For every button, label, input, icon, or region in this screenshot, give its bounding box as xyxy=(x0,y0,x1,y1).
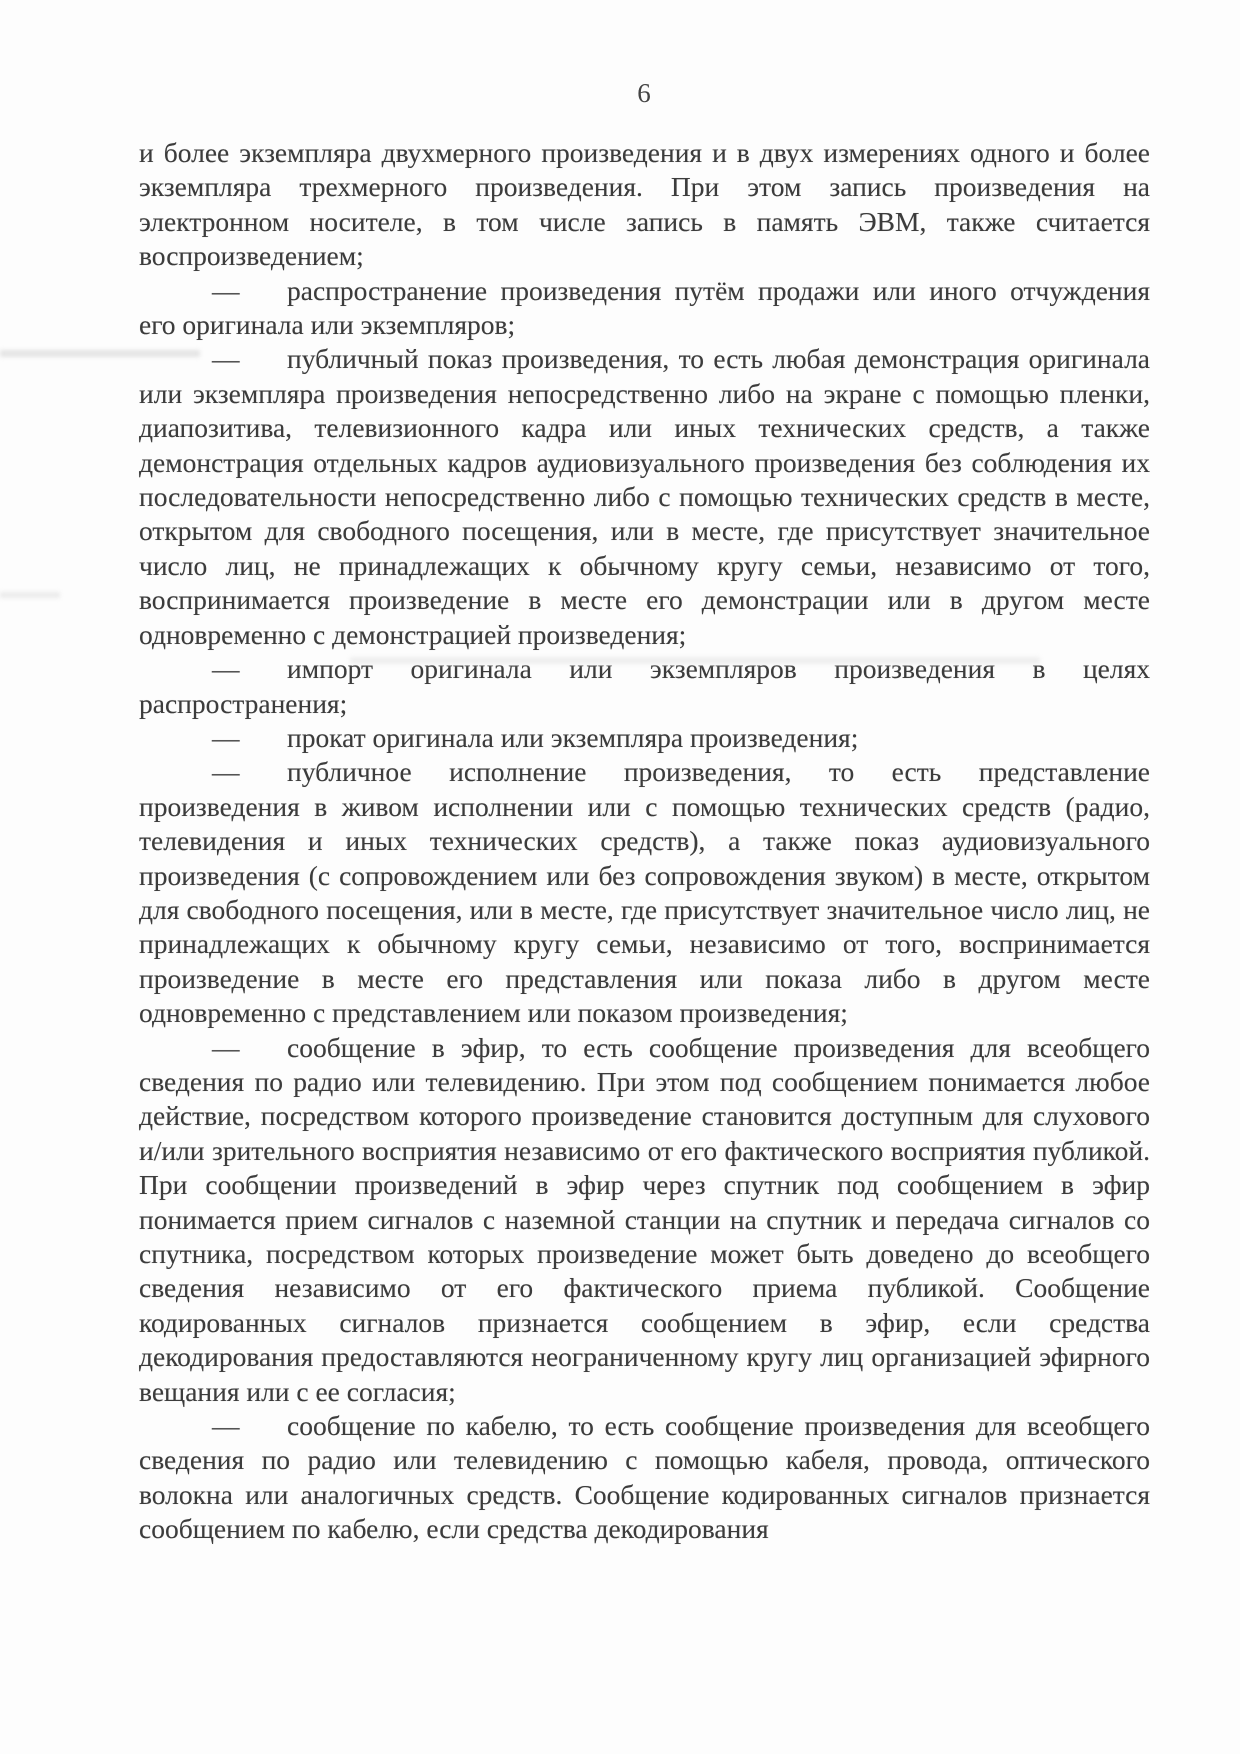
document-page: 6 и более экземпляра двухмерного произве… xyxy=(0,0,1240,1754)
list-item-cable-transmission: —сообщение по кабелю, то есть сообщение … xyxy=(139,1409,1150,1547)
list-dash: — xyxy=(212,342,287,376)
scan-artifact xyxy=(0,350,200,357)
list-dash: — xyxy=(212,652,287,686)
document-body: и более экземпляра двухмерного произведе… xyxy=(139,136,1150,1547)
list-dash: — xyxy=(212,755,287,789)
paragraph-text: публичное исполнение произведения, то ес… xyxy=(139,756,1150,1028)
list-item-public-performance: —публичное исполнение произведения, то е… xyxy=(139,755,1150,1030)
list-dash: — xyxy=(212,1409,287,1443)
list-dash: — xyxy=(212,274,287,308)
page-number: 6 xyxy=(139,78,1150,109)
paragraph-reproduction-continuation: и более экземпляра двухмерного произведе… xyxy=(139,136,1150,274)
paragraph-text: распространение произведения путём прода… xyxy=(139,275,1150,340)
paragraph-text: публичный показ произведения, то есть лю… xyxy=(139,343,1150,649)
scan-artifact xyxy=(350,657,1040,664)
list-dash: — xyxy=(212,721,287,755)
paragraph-text: сообщение в эфир, то есть сообщение прои… xyxy=(139,1032,1150,1407)
list-item-distribution: —распространение произведения путём прод… xyxy=(139,274,1150,343)
list-dash: — xyxy=(212,1031,287,1065)
scan-artifact xyxy=(0,592,60,598)
list-item-broadcast: —сообщение в эфир, то есть сообщение про… xyxy=(139,1031,1150,1409)
list-item-public-display: —публичный показ произведения, то есть л… xyxy=(139,342,1150,652)
paragraph-text: и более экземпляра двухмерного произведе… xyxy=(139,137,1150,271)
paragraph-text: прокат оригинала или экземпляра произвед… xyxy=(287,722,858,753)
list-item-rental: —прокат оригинала или экземпляра произве… xyxy=(139,721,1150,755)
paragraph-text: сообщение по кабелю, то есть сообщение п… xyxy=(139,1410,1150,1544)
